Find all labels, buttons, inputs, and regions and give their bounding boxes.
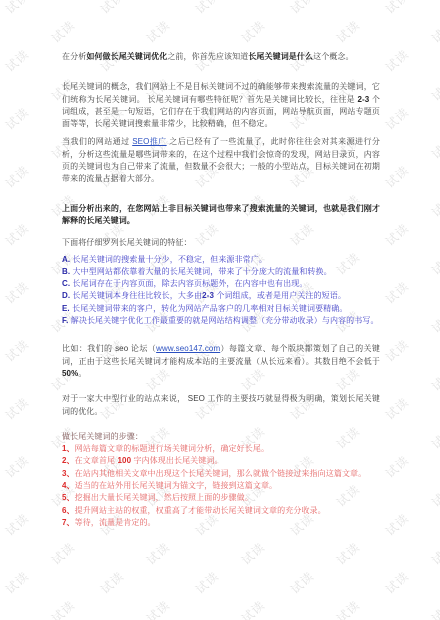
example-paragraph: 比如：我们的 seo 论坛（www.seo147.com）每篇文章、每个版块都策… bbox=[62, 343, 380, 380]
text-segment: 6、 bbox=[62, 506, 75, 515]
text-segment: E. bbox=[62, 304, 70, 313]
document-content: 在分析如何做长尾关键词优化之前，你首先应该知道长尾关键词是什么这个概念。长尾关键… bbox=[0, 0, 440, 529]
seo-promotion-link[interactable]: SEO推广 bbox=[132, 137, 166, 146]
text-segment: C. bbox=[62, 279, 70, 288]
feature-e: E. 长尾关键词带来的客户，转化为网站产品客户的几率相对目标关键词要精确。 bbox=[62, 303, 380, 315]
text-segment: 长尾关键词的概念，我们网站上不是目标关键词不过的确能够带来搜索流量的关键词，它们… bbox=[62, 82, 380, 103]
watermark-text: 试读 bbox=[382, 567, 413, 597]
text-segment: B. bbox=[62, 267, 70, 276]
text-segment: 长尾关键词是什么 bbox=[248, 52, 313, 61]
text-segment: 下面将仔细罗列长尾关键词的特征： bbox=[62, 238, 192, 247]
step-3: 3、在站内其他相关文章中出现这个长尾关键词，那么就做个链接过来指向这篇文章。 bbox=[62, 468, 380, 480]
step-5: 5、挖掘出大量长尾关键词，然后按照上面的步骤做。 bbox=[62, 492, 380, 504]
text-segment: 50% bbox=[62, 369, 78, 378]
text-segment: 在站内其他相关文章中出现这个长尾关键词，那么就做个链接过来指向这篇文章。 bbox=[75, 469, 367, 478]
intro-paragraph: 在分析如何做长尾关键词优化之前，你首先应该知道长尾关键词是什么这个概念。 bbox=[62, 51, 380, 63]
text-segment: 2、 bbox=[62, 456, 75, 465]
text-segment: 在文章首尾 bbox=[75, 456, 118, 465]
step-6: 6、提升网站主站的权重，权重高了才能带动长尾关键词文章的充分收录。 bbox=[62, 505, 380, 517]
watermark-text: 试读 bbox=[143, 538, 174, 568]
text-segment: 2-3 bbox=[202, 291, 214, 300]
watermark-text: 试读 bbox=[2, 567, 33, 597]
watermark-text: 试读 bbox=[97, 567, 128, 597]
text-segment: 对于一家大中型行业的站点来说， SEO 工作的主要技巧就显得极为明确，策划长尾关… bbox=[62, 394, 380, 415]
text-segment: D. bbox=[62, 291, 70, 300]
feature-c: C. 长尾词存在于内容页面，除去内容页标题外，在内容中也有出现。 bbox=[62, 278, 380, 290]
watermark-text: 试读 bbox=[428, 538, 440, 568]
features-intro: 下面将仔细罗列长尾关键词的特征： bbox=[62, 237, 380, 249]
watermark-text: 试读 bbox=[48, 596, 79, 620]
text-segment: 适当的在站外用长尾关键词为锚文字，链接到这篇文章。 bbox=[75, 481, 278, 490]
step-7: 7、等待，流量是肯定的。 bbox=[62, 517, 380, 529]
text-segment: 长尾关键词带来的客户，转化为网站产品客户的几率相对目标关键词要精确。 bbox=[70, 304, 348, 313]
text-segment: 1、 bbox=[62, 444, 75, 453]
text-segment: 上面分析出来的，在您网站上非目标关键词也带来了搜索流量的关键词，也就是我们刚才解… bbox=[62, 204, 380, 225]
text-segment: 这个概念。 bbox=[313, 52, 354, 61]
text-segment: 挖掘出大量长尾关键词，然后按照上面的步骤做。 bbox=[75, 493, 253, 502]
text-segment: 在分析 bbox=[62, 52, 86, 61]
feature-a: A. 长尾关键词的搜索量十分少，不稳定，但来源非常广。 bbox=[62, 254, 380, 266]
step-1: 1、网站每篇文章的标题进行场关键词分析，确定好长尾。 bbox=[62, 443, 380, 455]
text-segment: 等待，流量是肯定的。 bbox=[75, 518, 156, 527]
text-segment: 比如：我们的 seo 论坛（ bbox=[62, 344, 156, 353]
text-segment: 4、 bbox=[62, 481, 75, 490]
longtail-definition: 上面分析出来的，在您网站上非目标关键词也带来了搜索流量的关键词，也就是我们刚才解… bbox=[62, 203, 380, 228]
watermark-text: 试读 bbox=[428, 596, 440, 620]
text-segment: A. bbox=[62, 255, 70, 264]
feature-b: B. 大中型网站都依靠着大量的长尾关键词，带来了十分庞大的流量和转换。 bbox=[62, 266, 380, 278]
text-segment: 长尾关键词本身往往比较长，大多由 bbox=[70, 291, 202, 300]
watermark-text: 试读 bbox=[48, 538, 79, 568]
text-segment: 。 bbox=[78, 369, 86, 378]
text-segment: 5、 bbox=[62, 493, 75, 502]
document-page: 试读试读试读试读试读试读试读试读试读试读试读试读试读试读试读试读试读试读试读试读… bbox=[0, 0, 440, 620]
watermark-text: 试读 bbox=[192, 567, 223, 597]
text-segment: 7、 bbox=[62, 518, 75, 527]
text-segment: 长尾关键词的搜索量十分少，不稳定，但来源非常广。 bbox=[70, 255, 267, 264]
text-segment: 网站每篇文章的标题进行场关键词分析，确定好长尾。 bbox=[75, 444, 269, 453]
concept-paragraph: 长尾关键词的概念，我们网站上不是目标关键词不过的确能够带来搜索流量的关键词，它们… bbox=[62, 81, 380, 130]
industry-site-paragraph: 对于一家大中型行业的站点来说， SEO 工作的主要技巧就显得极为明确，策划长尾关… bbox=[62, 393, 380, 418]
watermark-text: 试读 bbox=[143, 596, 174, 620]
text-segment: 当我们的网站通过 bbox=[62, 137, 132, 146]
text-segment: 大中型网站都依靠着大量的长尾关键词，带来了十分庞大的流量和转换。 bbox=[70, 267, 332, 276]
text-segment: 字内体现出长尾关键词。 bbox=[131, 456, 222, 465]
text-segment: 长尾词存在于内容页面，除去内容页标题外，在内容中也有出现。 bbox=[70, 279, 307, 288]
text-segment: 2-3 bbox=[357, 95, 369, 104]
seo147-link[interactable]: www.seo147.com bbox=[156, 344, 220, 353]
feature-f: F. 解决长尾关键字优化工作最重要的就是网站结构调整（充分带动收录）与内容的书写… bbox=[62, 315, 380, 327]
watermark-text: 试读 bbox=[287, 567, 318, 597]
watermark-text: 试读 bbox=[333, 596, 364, 620]
text-segment: 做长尾关键词的步骤： bbox=[62, 432, 143, 441]
text-segment: 之前，你首先应该知道 bbox=[167, 52, 248, 61]
text-segment: 个词组成，或者是用户关注的短语。 bbox=[214, 291, 346, 300]
watermark-text: 试读 bbox=[333, 538, 364, 568]
text-segment: 3、 bbox=[62, 469, 75, 478]
step-2: 2、在文章首尾 100 字内体现出长尾关键词。 bbox=[62, 455, 380, 467]
steps-heading: 做长尾关键词的步骤： bbox=[62, 431, 380, 443]
text-segment: 100 bbox=[117, 456, 131, 465]
text-segment: 如何做长尾关键词优化 bbox=[86, 52, 167, 61]
watermark-text: 试读 bbox=[238, 538, 269, 568]
feature-d: D. 长尾关键词本身往往比较长，大多由2-3 个词组成，或者是用户关注的短语。 bbox=[62, 290, 380, 302]
step-4: 4、适当的在站外用长尾关键词为锚文字，链接到这篇文章。 bbox=[62, 480, 380, 492]
text-segment: 解决长尾关键字优化工作最重要的就是网站结构调整（充分带动收录）与内容的书写。 bbox=[68, 316, 378, 325]
watermark-text: 试读 bbox=[238, 596, 269, 620]
text-segment: 提升网站主站的权重，权重高了才能带动长尾关键词文章的充分收录。 bbox=[75, 506, 326, 515]
seo-traffic-paragraph: 当我们的网站通过 SEO推广 之后已经有了一些流量了，此时你往往会对其来源进行分… bbox=[62, 136, 380, 185]
